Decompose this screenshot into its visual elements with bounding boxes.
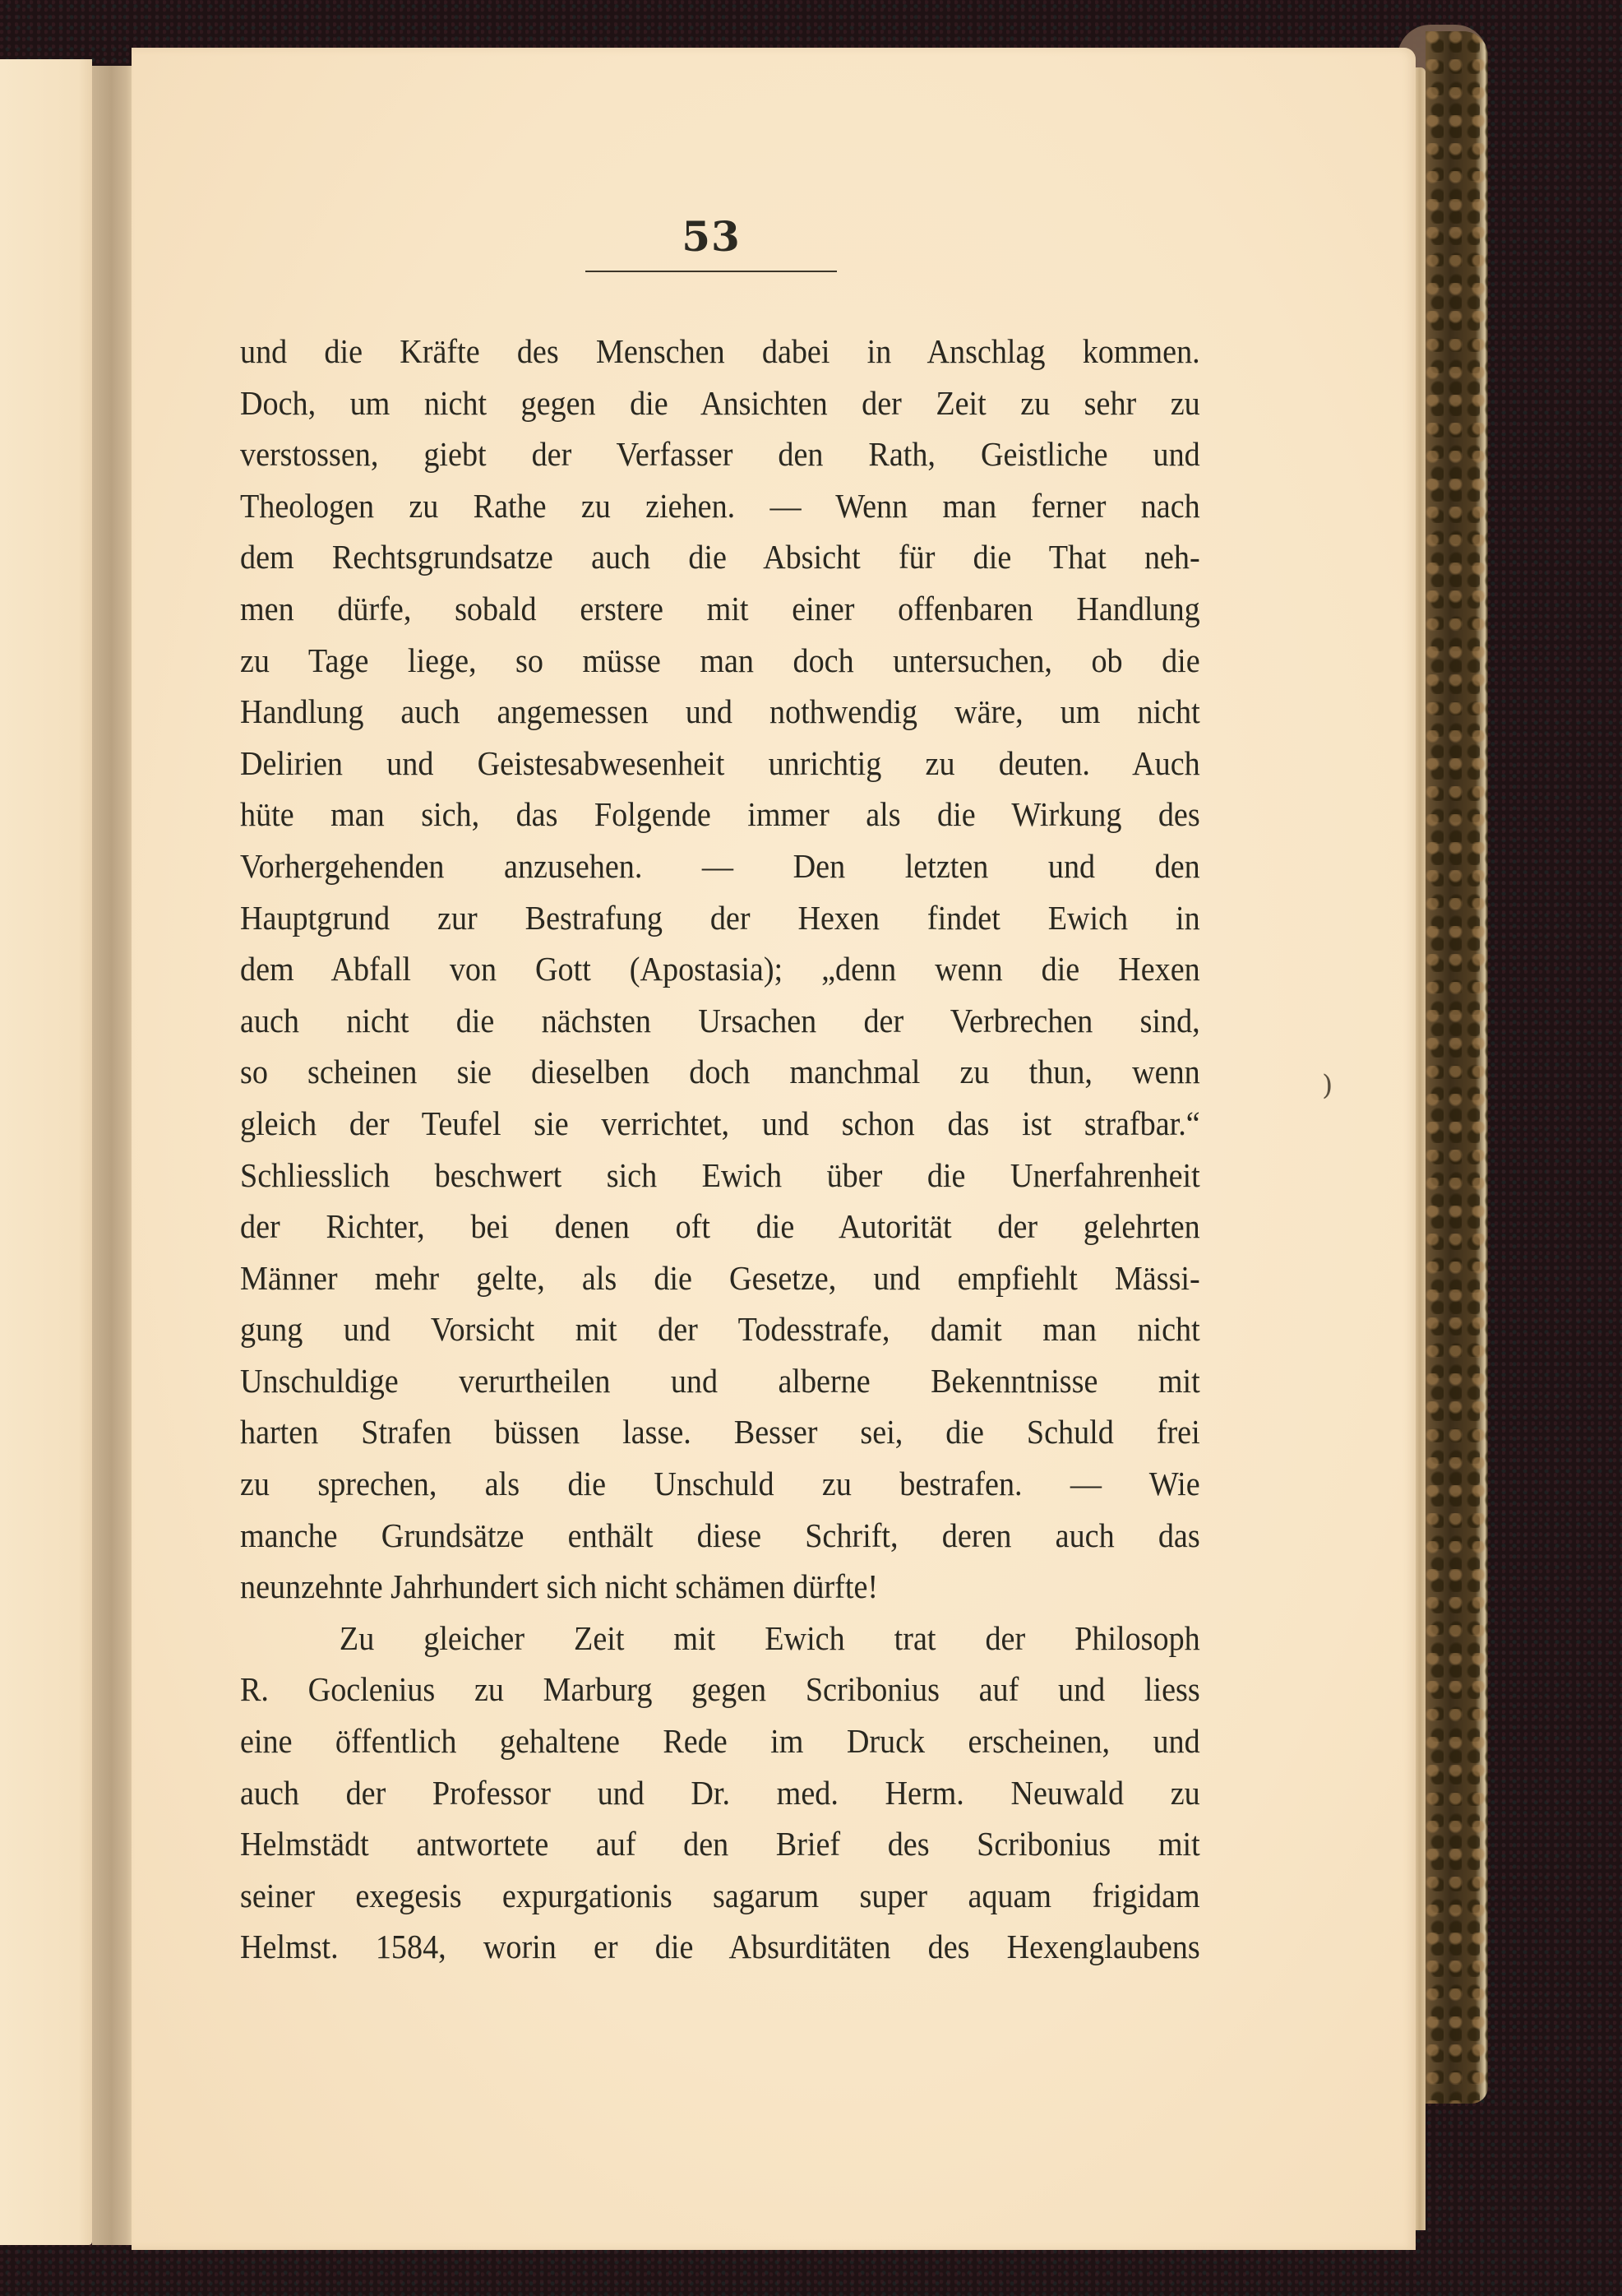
- text-line: Handlung auch angemessen und nothwendig …: [240, 686, 1200, 738]
- marbled-binding: [1426, 31, 1488, 2104]
- text-line: gung und Vorsicht mit der Todesstrafe, d…: [240, 1303, 1200, 1355]
- text-line: Doch, um nicht gegen die Ansichten der Z…: [240, 377, 1200, 429]
- text-line: verstossen, giebt der Verfasser den Rath…: [240, 428, 1200, 480]
- text-line: der Richter, bei denen oft die Autorität…: [240, 1201, 1200, 1252]
- body-text: und die Kräfte des Menschen dabei in Ans…: [240, 326, 1200, 1973]
- text-line: zu sprechen, als die Unschuld zu bestraf…: [240, 1458, 1200, 1510]
- previous-page-edge: [0, 59, 92, 2245]
- text-line: men dürfe, sobald erstere mit einer offe…: [240, 583, 1200, 635]
- text-line: Helmstädt antwortete auf den Brief des S…: [240, 1818, 1200, 1870]
- header-rule: [585, 271, 837, 272]
- text-line: Unschuldige verurtheilen und alberne Bek…: [240, 1355, 1200, 1407]
- text-line: gleich der Teufel sie verrichtet, und sc…: [240, 1098, 1200, 1150]
- text-line: R. Goclenius zu Marburg gegen Scribonius…: [240, 1664, 1200, 1715]
- text-line: so scheinen sie dieselben doch manchmal …: [240, 1046, 1200, 1098]
- text-line: dem Abfall von Gott (Apostasia); „denn w…: [240, 943, 1200, 995]
- text-line: auch der Professor und Dr. med. Herm. Ne…: [240, 1767, 1200, 1819]
- text-line: Männer mehr gelte, als die Gesetze, und …: [240, 1252, 1200, 1304]
- text-line: harten Strafen büssen lasse. Besser sei,…: [240, 1406, 1200, 1458]
- book-gutter: [92, 66, 135, 2245]
- text-line: Delirien und Geistesabwesenheit unrichti…: [240, 738, 1200, 789]
- text-line: und die Kräfte des Menschen dabei in Ans…: [240, 326, 1200, 377]
- text-line: hüte man sich, das Folgende immer als di…: [240, 789, 1200, 840]
- text-line: Vorhergehenden anzusehen. — Den letzten …: [240, 840, 1200, 892]
- text-line: auch nicht die nächsten Ursachen der Ver…: [240, 995, 1200, 1047]
- text-line: zu Tage liege, so müsse man doch untersu…: [240, 635, 1200, 687]
- margin-mark: ): [1322, 1069, 1333, 1102]
- text-line: dem Rechtsgrundsatze auch die Absicht fü…: [240, 531, 1200, 583]
- text-line: seiner exegesis expurgationis sagarum su…: [240, 1870, 1200, 1922]
- page-number: 53: [0, 212, 1422, 261]
- page-stack-edge: [1414, 67, 1426, 2230]
- paragraph-end-line: neunzehnte Jahrhundert sich nicht schäme…: [240, 1561, 1200, 1613]
- book-scan: 53 und die Kräfte des Menschen dabei in …: [0, 0, 1622, 2296]
- text-line: eine öffentlich gehaltene Rede im Druck …: [240, 1715, 1200, 1767]
- text-line: manche Grundsätze enthält diese Schrift,…: [240, 1510, 1200, 1562]
- text-line: Theologen zu Rathe zu ziehen. — Wenn man…: [240, 480, 1200, 532]
- text-line: Helmst. 1584, worin er die Absurditäten …: [240, 1921, 1200, 1973]
- text-line: Hauptgrund zur Bestrafung der Hexen find…: [240, 892, 1200, 944]
- text-line: Schliesslich beschwert sich Ewich über d…: [240, 1150, 1200, 1201]
- paragraph-start-line: Zu gleicher Zeit mit Ewich trat der Phil…: [240, 1613, 1200, 1664]
